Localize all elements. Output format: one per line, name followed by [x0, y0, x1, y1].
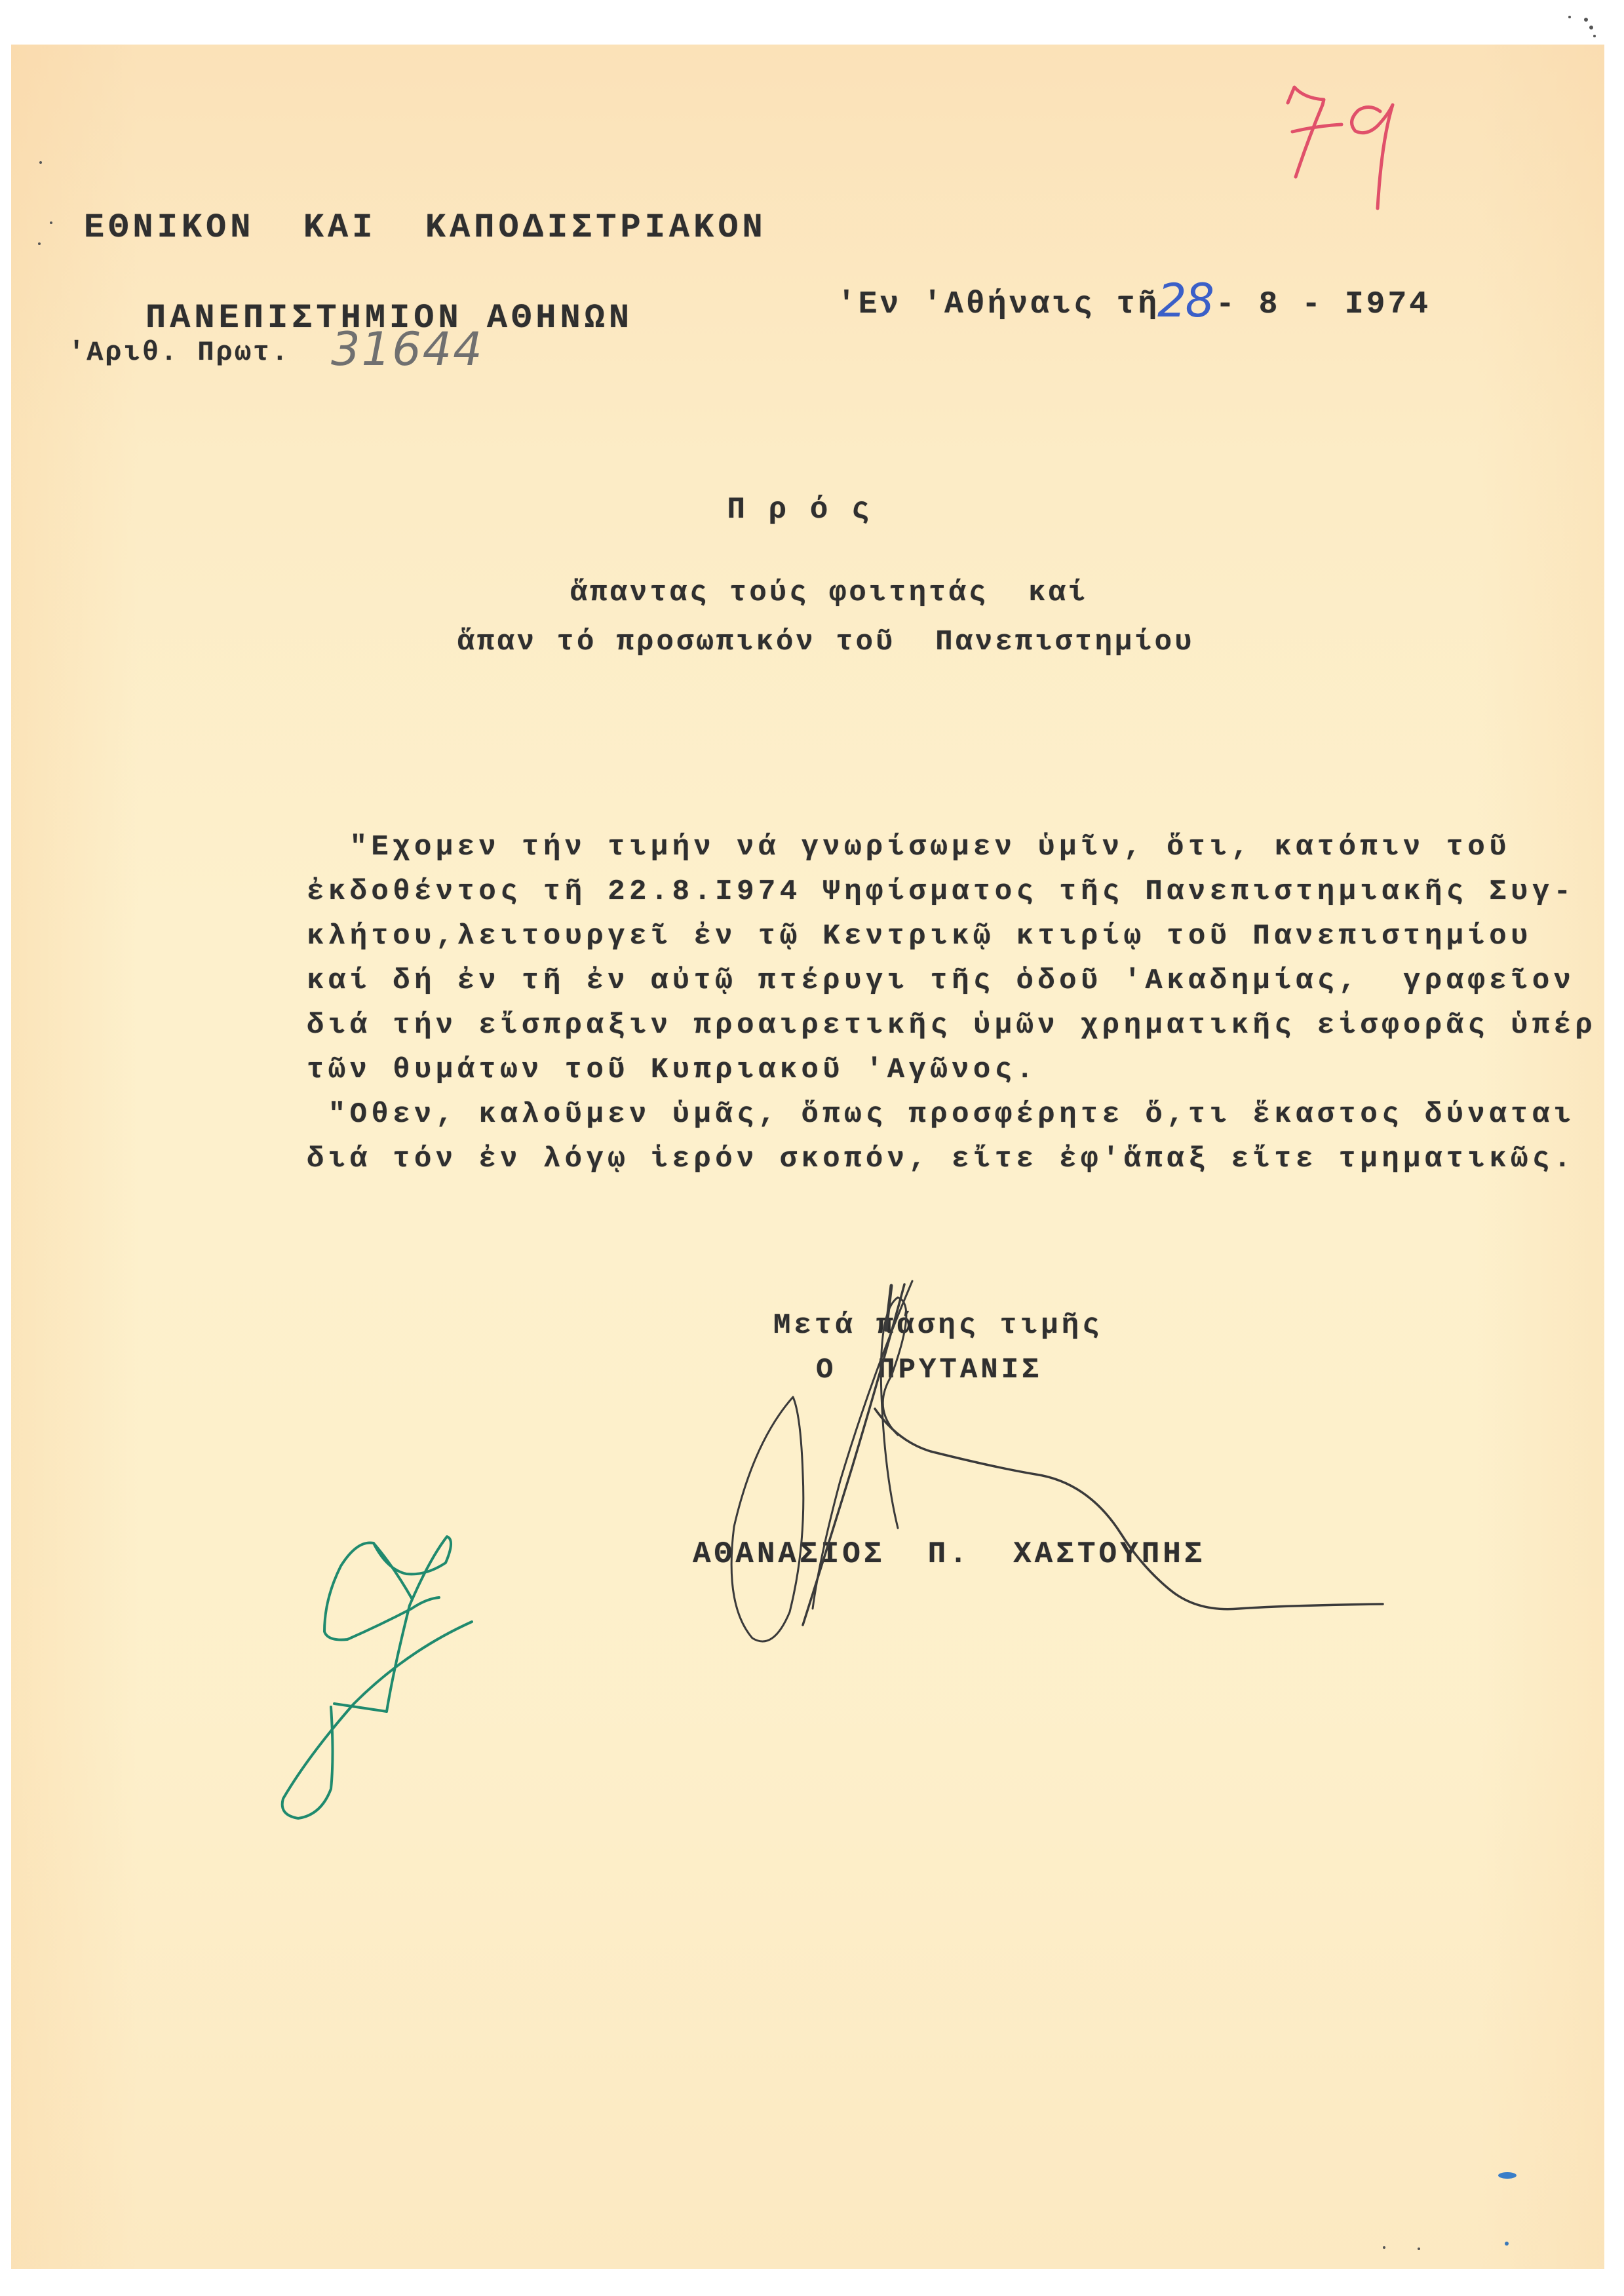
- body-line-4: καί δή ἐν τῆ ἐν αὐτῷ πτέρυγι τῆς ὁδοῦ 'Α…: [307, 965, 1575, 997]
- protocol-label: 'Αριθ. Πρωτ.: [68, 337, 290, 368]
- body-line-8: διά τόν ἐν λόγῳ ἱερόν σκοπόν, εἴτε ἐφ'ἅπ…: [307, 1143, 1575, 1176]
- addressee-line-1: ἅπαντας τούς φοιτητάς καί: [485, 577, 1173, 609]
- body-line-7: "Οθεν, καλοῦμεν ὑμᾶς, ὅπως προσφέρητε ὅ,…: [307, 1098, 1575, 1131]
- date-line-rest: - 8 - Ι974: [1216, 287, 1431, 322]
- body-line-5: διά τήν εἴσπραξιν προαιρετικῆς ὑμῶν χρημ…: [307, 1009, 1596, 1042]
- addressee-line-2: ἅπαν τό προσωπικόν τοῦ Πανεπιστημίου: [406, 626, 1245, 659]
- closing-salutation: Μετά πάσης τιμῆς: [773, 1309, 1102, 1342]
- addressee-heading: Π ρ ό ς: [682, 493, 918, 527]
- signatory-name: ΑΘΑΝΑΣΙΟΣ Π. ΧΑΣΤΟΥΠΗΣ: [693, 1537, 1206, 1571]
- protocol-number-handwritten: 31644: [331, 322, 484, 376]
- closing-title: Ο ΠΡΥΤΑΝΙΣ: [816, 1354, 1042, 1387]
- body-line-6: τῶν θυμάτων τοῦ Κυπριακοῦ 'Αγῶνος.: [307, 1054, 1037, 1086]
- body-line-2: ἐκδοθέντος τῆ 22.8.Ι974 Ψηφίσματος τῆς Π…: [307, 875, 1575, 908]
- body-line-1: "Εχομεν τήν τιμήν νά γνωρίσωμεν ὑμῖν, ὅτ…: [307, 831, 1511, 864]
- date-line-prefix: 'Εν 'Αθήναις τῆ: [837, 287, 1159, 322]
- date-day-handwritten: 28: [1157, 274, 1213, 328]
- letterhead-line-1: ΕΘΝΙΚΟΝ ΚΑΙ ΚΑΠΟΔΙΣΤΡΙΑΚΟΝ: [84, 208, 767, 247]
- body-line-3: κλήτου,λειτουργεῖ ἐν τῷ Κεντρικῷ κτιρίῳ …: [307, 920, 1532, 953]
